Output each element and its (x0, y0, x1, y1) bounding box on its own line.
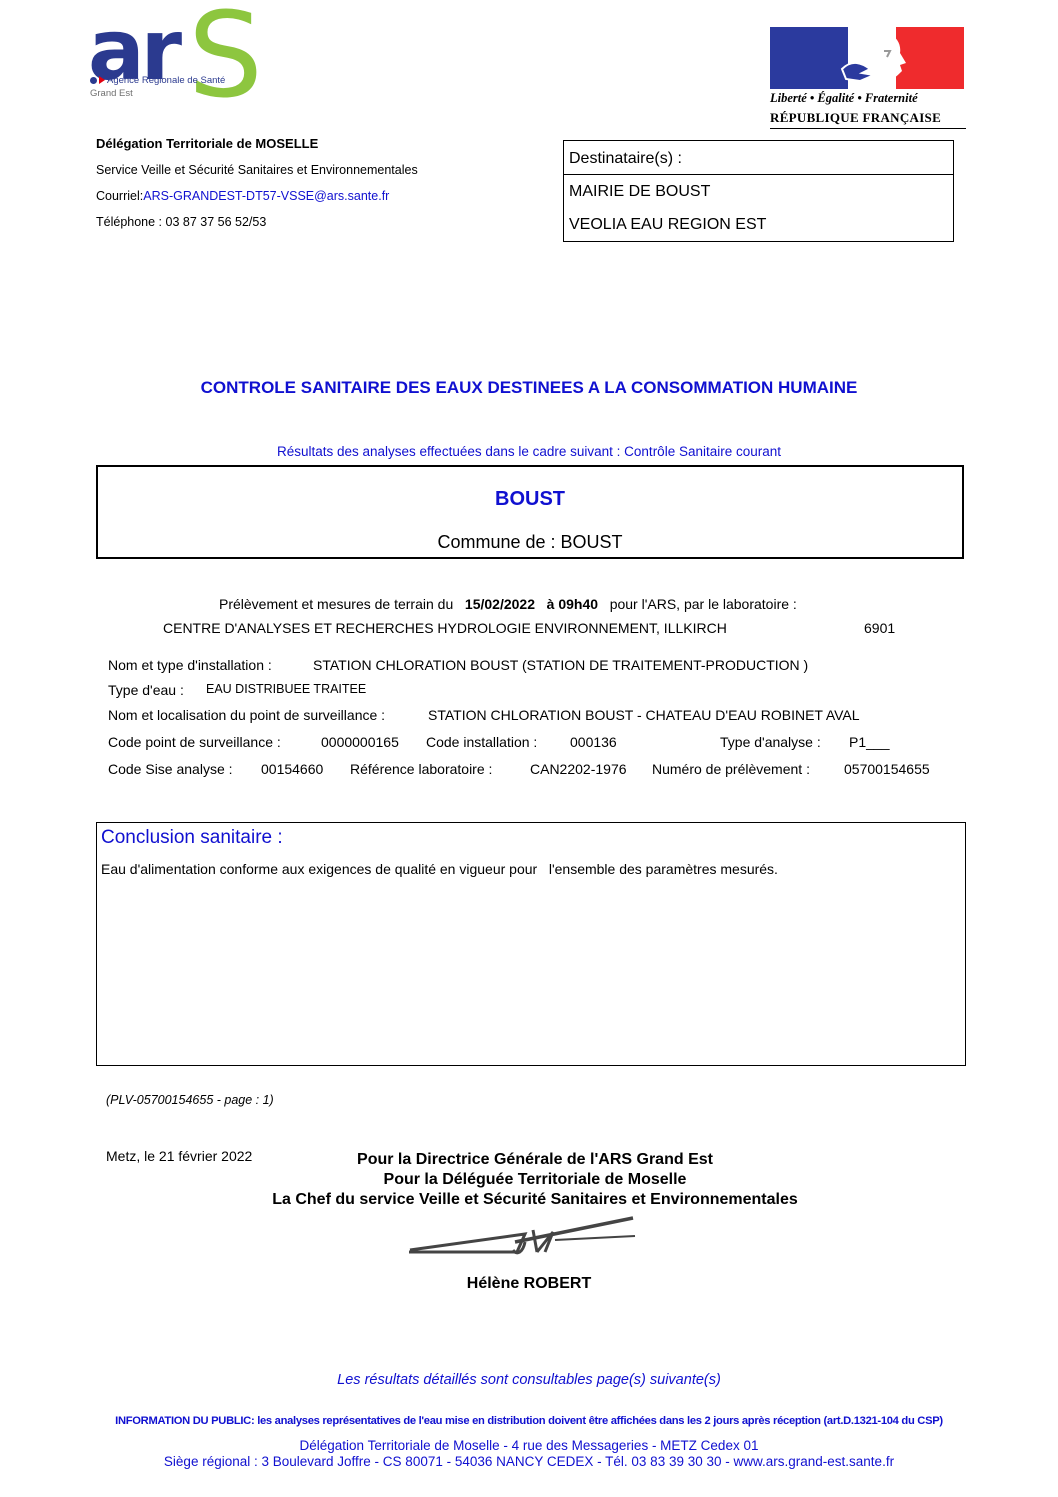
analysis-context: Résultats des analyses effectuées dans l… (0, 444, 1058, 459)
commune: Commune de : BOUST (98, 532, 962, 553)
sender-title: Délégation Territoriale de MOSELLE (96, 131, 418, 157)
laboratory-name: CENTRE D'ANALYSES ET RECHERCHES HYDROLOG… (163, 620, 727, 636)
conclusion-text: Eau d'alimentation conforme aux exigence… (101, 861, 778, 877)
sender-email-link[interactable]: ARS-GRANDEST-DT57-VSSE@ars.sante.fr (143, 189, 389, 203)
site-box: BOUST Commune de : BOUST (96, 465, 964, 559)
sise-code-value: 00154660 (261, 761, 323, 777)
sender-service: Service Veille et Sécurité Sanitaires et… (96, 157, 418, 183)
point-code-value: 0000000165 (321, 734, 399, 750)
sender-phone: Téléphone : 03 87 37 56 52/53 (96, 209, 418, 235)
details-note: Les résultats détaillés sont consultable… (0, 1372, 1058, 1388)
laboratory-code: 6901 (864, 620, 895, 636)
divider (770, 128, 966, 129)
lab-reference-value: CAN2202-1976 (530, 761, 627, 777)
signer-name: Hélène ROBERT (0, 1275, 1058, 1293)
conclusion-title: Conclusion sanitaire : (101, 827, 283, 849)
conclusion-box: Conclusion sanitaire : Eau d'alimentatio… (96, 822, 966, 1066)
point-code-label: Code point de surveillance : (108, 734, 281, 750)
republic-name: RÉPUBLIQUE FRANÇAISE (770, 110, 966, 126)
install-code-label: Code installation : (426, 734, 537, 750)
footer: Délégation Territoriale de Moselle - 4 r… (0, 1438, 1058, 1470)
installation-name-label: Nom et type d'installation : (108, 657, 272, 673)
blue-dot-icon (90, 77, 97, 84)
ars-agency-name: Agence Régionale de Santé (90, 75, 225, 86)
laboratory-line: CENTRE D'ANALYSES ET RECHERCHES HYDROLOG… (163, 620, 727, 636)
recipients-box: Destinataire(s) : MAIRIE DE BOUST VEOLIA… (563, 140, 954, 242)
install-code-value: 000136 (570, 734, 617, 750)
republique-francaise-logo: Liberté • Égalité • Fraternité RÉPUBLIQU… (770, 27, 966, 130)
sender-block: Délégation Territoriale de MOSELLE Servi… (96, 131, 418, 235)
analysis-type-label: Type d'analyse : (720, 734, 821, 750)
ars-logo-s: S (188, 0, 263, 114)
installation-name-value: STATION CHLORATION BOUST (STATION DE TRA… (313, 657, 808, 673)
water-type-value: EAU DISTRIBUEE TRAITEE (206, 682, 366, 696)
republic-motto: Liberté • Égalité • Fraternité (770, 91, 966, 106)
sample-number-value: 05700154655 (844, 761, 930, 777)
recipient-item: VEOLIA EAU REGION EST (564, 208, 953, 241)
handwritten-signature (405, 1212, 645, 1262)
public-information: INFORMATION DU PUBLIC: les analyses repr… (0, 1415, 1058, 1427)
sender-email-line: Courriel:ARS-GRANDEST-DT57-VSSE@ars.sant… (96, 183, 418, 209)
sampling-date: 15/02/2022 (465, 596, 535, 612)
sampling-line: Prélèvement et mesures de terrain du 15/… (219, 596, 797, 612)
sample-number-label: Numéro de prélèvement : (652, 761, 810, 777)
page-reference: (PLV-05700154655 - page : 1) (106, 1093, 274, 1107)
site-name: BOUST (98, 488, 962, 511)
ars-region: Grand Est (90, 88, 133, 99)
ars-logo: ar S Agence Régionale de Santé Grand Est (88, 22, 278, 122)
surveillance-point-label: Nom et localisation du point de surveill… (108, 707, 385, 723)
water-type-label: Type d'eau : (108, 682, 184, 698)
footer-address: Délégation Territoriale de Moselle - 4 r… (0, 1438, 1058, 1454)
marianne-profile-icon (840, 29, 910, 87)
signature-block: Pour la Directrice Générale de l'ARS Gra… (230, 1150, 840, 1210)
footer-headquarters: Siège régional : 3 Boulevard Joffre - CS… (0, 1454, 1058, 1470)
red-arrow-icon (99, 76, 105, 84)
recipients-label: Destinataire(s) : (564, 141, 953, 175)
sise-code-label: Code Sise analyse : (108, 761, 233, 777)
document-title: CONTROLE SANITAIRE DES EAUX DESTINEES A … (0, 378, 1058, 398)
recipient-item: MAIRIE DE BOUST (564, 175, 953, 208)
analysis-type-value: P1___ (849, 734, 889, 750)
surveillance-point-value: STATION CHLORATION BOUST - CHATEAU D'EAU… (428, 707, 860, 723)
sampling-time: à 09h40 (547, 596, 598, 612)
lab-reference-label: Référence laboratoire : (350, 761, 492, 777)
